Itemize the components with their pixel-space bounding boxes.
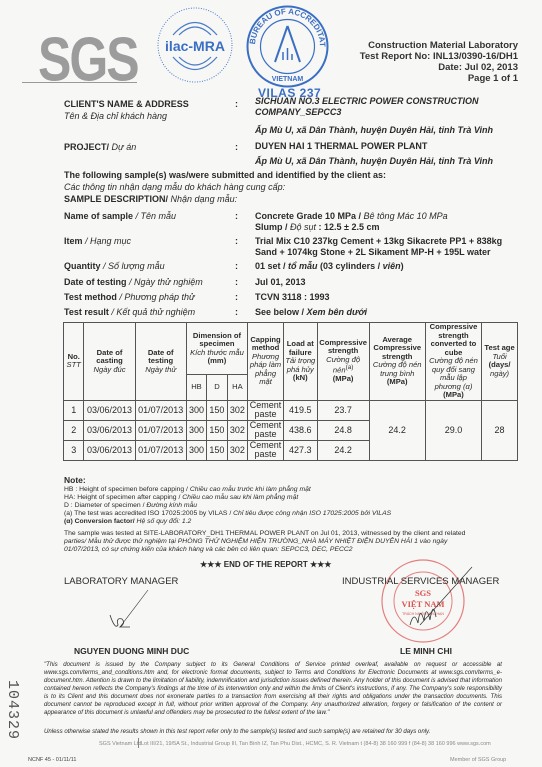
retention-notice: Unless otherwise stated the results show… <box>44 728 502 736</box>
lab-manager-name: NGUYEN DUONG MINH DUC <box>74 646 189 656</box>
field-value-item: Trial Mix C10 237kg Cement + 13kg Sikacr… <box>255 236 502 247</box>
intro-line: The following sample(s) was/were submitt… <box>64 170 386 181</box>
note-tested-vi: parties/ Mẫu thử được thử nghiệm tại PHÒ… <box>64 538 504 546</box>
col-casting: Date of castingNgày đúc <box>84 323 135 401</box>
svg-text:VIETNAM: VIETNAM <box>272 76 304 83</box>
note-conversion: (α) Conversion factor/ Hệ số quy đổi: 1.… <box>64 518 191 526</box>
lab-name: Construction Material Laboratory <box>360 40 518 51</box>
footer-company: SGS Vietnam Ltd <box>99 741 141 747</box>
col-no: No.STT <box>64 323 84 401</box>
note-d: D : Diameter of specimen / Đường kính mẫ… <box>64 502 197 510</box>
col-average: Average Compressive strengthCường độ nén… <box>369 323 425 401</box>
age-value: 28 <box>482 400 518 460</box>
field-value-date-of-testing: Jul 01, 2013 <box>255 277 306 288</box>
project-name: DUYEN HAI 1 THERMAL POWER PLANT <box>255 141 427 152</box>
member-of-sgs: Member of SGS Group <box>450 757 506 763</box>
col-testing: Date of testingNgày thử <box>135 323 186 401</box>
colon: : <box>235 99 238 110</box>
note-tested-vi-2: 01/07/2013, có sự chứng kiến của khách h… <box>64 546 504 554</box>
lab-manager-signature-icon <box>90 585 150 635</box>
disclaimer-text: "This document is issued by the Company … <box>44 661 502 717</box>
industrial-manager-name: LE MINH CHI <box>400 646 452 656</box>
field-label-test-result: Test result / Kết quả thử nghiệm <box>64 307 195 318</box>
note-accredited: (a) The test was accredited ISO 17025:20… <box>64 510 391 518</box>
col-load: Load at failureTải trọng phá hủy(kN) <box>283 323 317 401</box>
project-label: PROJECT/ Dự án <box>64 142 136 153</box>
field-value-slump: Slump / Độ sụt : 12.5 ± 2.5 cm <box>255 222 380 233</box>
col-capping: Capping methodPhương pháp làm phẳng mặt <box>248 323 284 401</box>
industrial-manager-signature-icon <box>400 565 475 640</box>
note-tested: The sample was tested at SITE-LABORATORY… <box>64 530 504 538</box>
intro-line-vi: Các thông tin nhận dạng mẫu do khách hàn… <box>64 182 285 193</box>
col-hb: HB <box>186 375 206 400</box>
end-of-report: ★★★ END OF THE REPORT ★★★ <box>200 560 331 569</box>
field-label-item: Item / Hạng mục <box>64 236 131 247</box>
field-label-quantity: Quantity / Số lượng mẫu <box>64 261 165 272</box>
field-value-test-result: See below / Xem bên dưới <box>255 307 367 318</box>
col-ha: HA <box>227 375 247 400</box>
col-compressive: Compressive strengthCường độ nén(a)(MPa) <box>317 323 369 401</box>
col-dimension: Dimension of specimenKích thước mẫu(mm) <box>186 323 247 375</box>
client-name-line2: COMPANY_SEPCC3 <box>255 107 341 118</box>
col-cube: Compressive strength converted to cubeCư… <box>425 323 481 401</box>
field-value-quantity: 01 set / tổ mẫu (03 cylinders / viên) <box>255 261 404 272</box>
col-d: D <box>207 375 227 400</box>
footer-address: Lot III/21, 19/5A St., Industrial Group … <box>141 741 491 747</box>
table-header-row: No.STT Date of castingNgày đúc Date of t… <box>64 323 518 375</box>
report-header-info: Construction Material Laboratory Test Re… <box>360 40 518 84</box>
field-value-name-of-sample: Concrete Grade 10 MPa / Bê tông Mác 10 M… <box>255 211 448 222</box>
results-table: No.STT Date of castingNgày đúc Date of t… <box>63 322 518 461</box>
col-age: Test ageTuổi(days/ngày) <box>482 323 518 401</box>
field-label-date-of-testing: Date of testing / Ngày thử nghiệm <box>64 277 203 288</box>
field-label-name-of-sample: Name of sample / Tên mẫu <box>64 211 176 222</box>
table-row: 103/06/201301/07/2013 300150302 Cement p… <box>64 400 518 420</box>
report-date: Date: Jul 02, 2013 <box>360 62 518 73</box>
client-name-line1: SICHUAN NO.3 ELECTRIC POWER CONSTRUCTION <box>255 96 479 107</box>
serial-number: 104329 <box>4 680 21 740</box>
cube-value: 29.0 <box>425 400 481 460</box>
logo-divider <box>22 82 137 83</box>
average-value: 24.2 <box>369 400 425 460</box>
svg-text:BUREAU OF ACCREDITATION: BUREAU OF ACCREDITATION <box>245 4 327 47</box>
note-hb: HB : Height of specimen before capping /… <box>64 486 311 494</box>
client-label: CLIENT'S NAME & ADDRESS <box>64 99 189 110</box>
client-address: Ấp Mù U, xã Dân Thành, huyện Duyên Hải, … <box>255 125 493 136</box>
note-ha: HA: Height of specimen after capping / C… <box>64 494 298 502</box>
field-value-item-line2: Sand + 1074kg Stone + 2L Sikament MP-H +… <box>255 247 491 258</box>
page-number: Page 1 of 1 <box>360 73 518 84</box>
note-title: Note: <box>64 476 86 484</box>
ilac-mra-logo-icon: ilac-MRA <box>155 5 235 85</box>
sample-description-heading: SAMPLE DESCRIPTION/ Nhận dạng mẫu: <box>64 194 237 205</box>
svg-text:ilac-MRA: ilac-MRA <box>165 38 225 54</box>
project-address: Ấp Mù U, xã Dân Thành, huyện Duyên Hải, … <box>255 156 493 167</box>
form-number: NCNF 45 - 01/11/11 <box>28 757 76 763</box>
client-label-vi: Tên & Địa chỉ khách hàng <box>64 111 167 122</box>
boa-accreditation-seal-icon: BUREAU OF ACCREDITATION VIETNAM <box>245 4 330 89</box>
colon: : <box>235 142 238 153</box>
footer-divider <box>138 738 139 748</box>
report-number: Test Report No: INL13/0390-16/DH1 <box>360 51 518 62</box>
field-value-test-method: TCVN 3118 : 1993 <box>255 292 330 303</box>
field-label-test-method: Test method / Phương pháp thử <box>64 292 195 303</box>
